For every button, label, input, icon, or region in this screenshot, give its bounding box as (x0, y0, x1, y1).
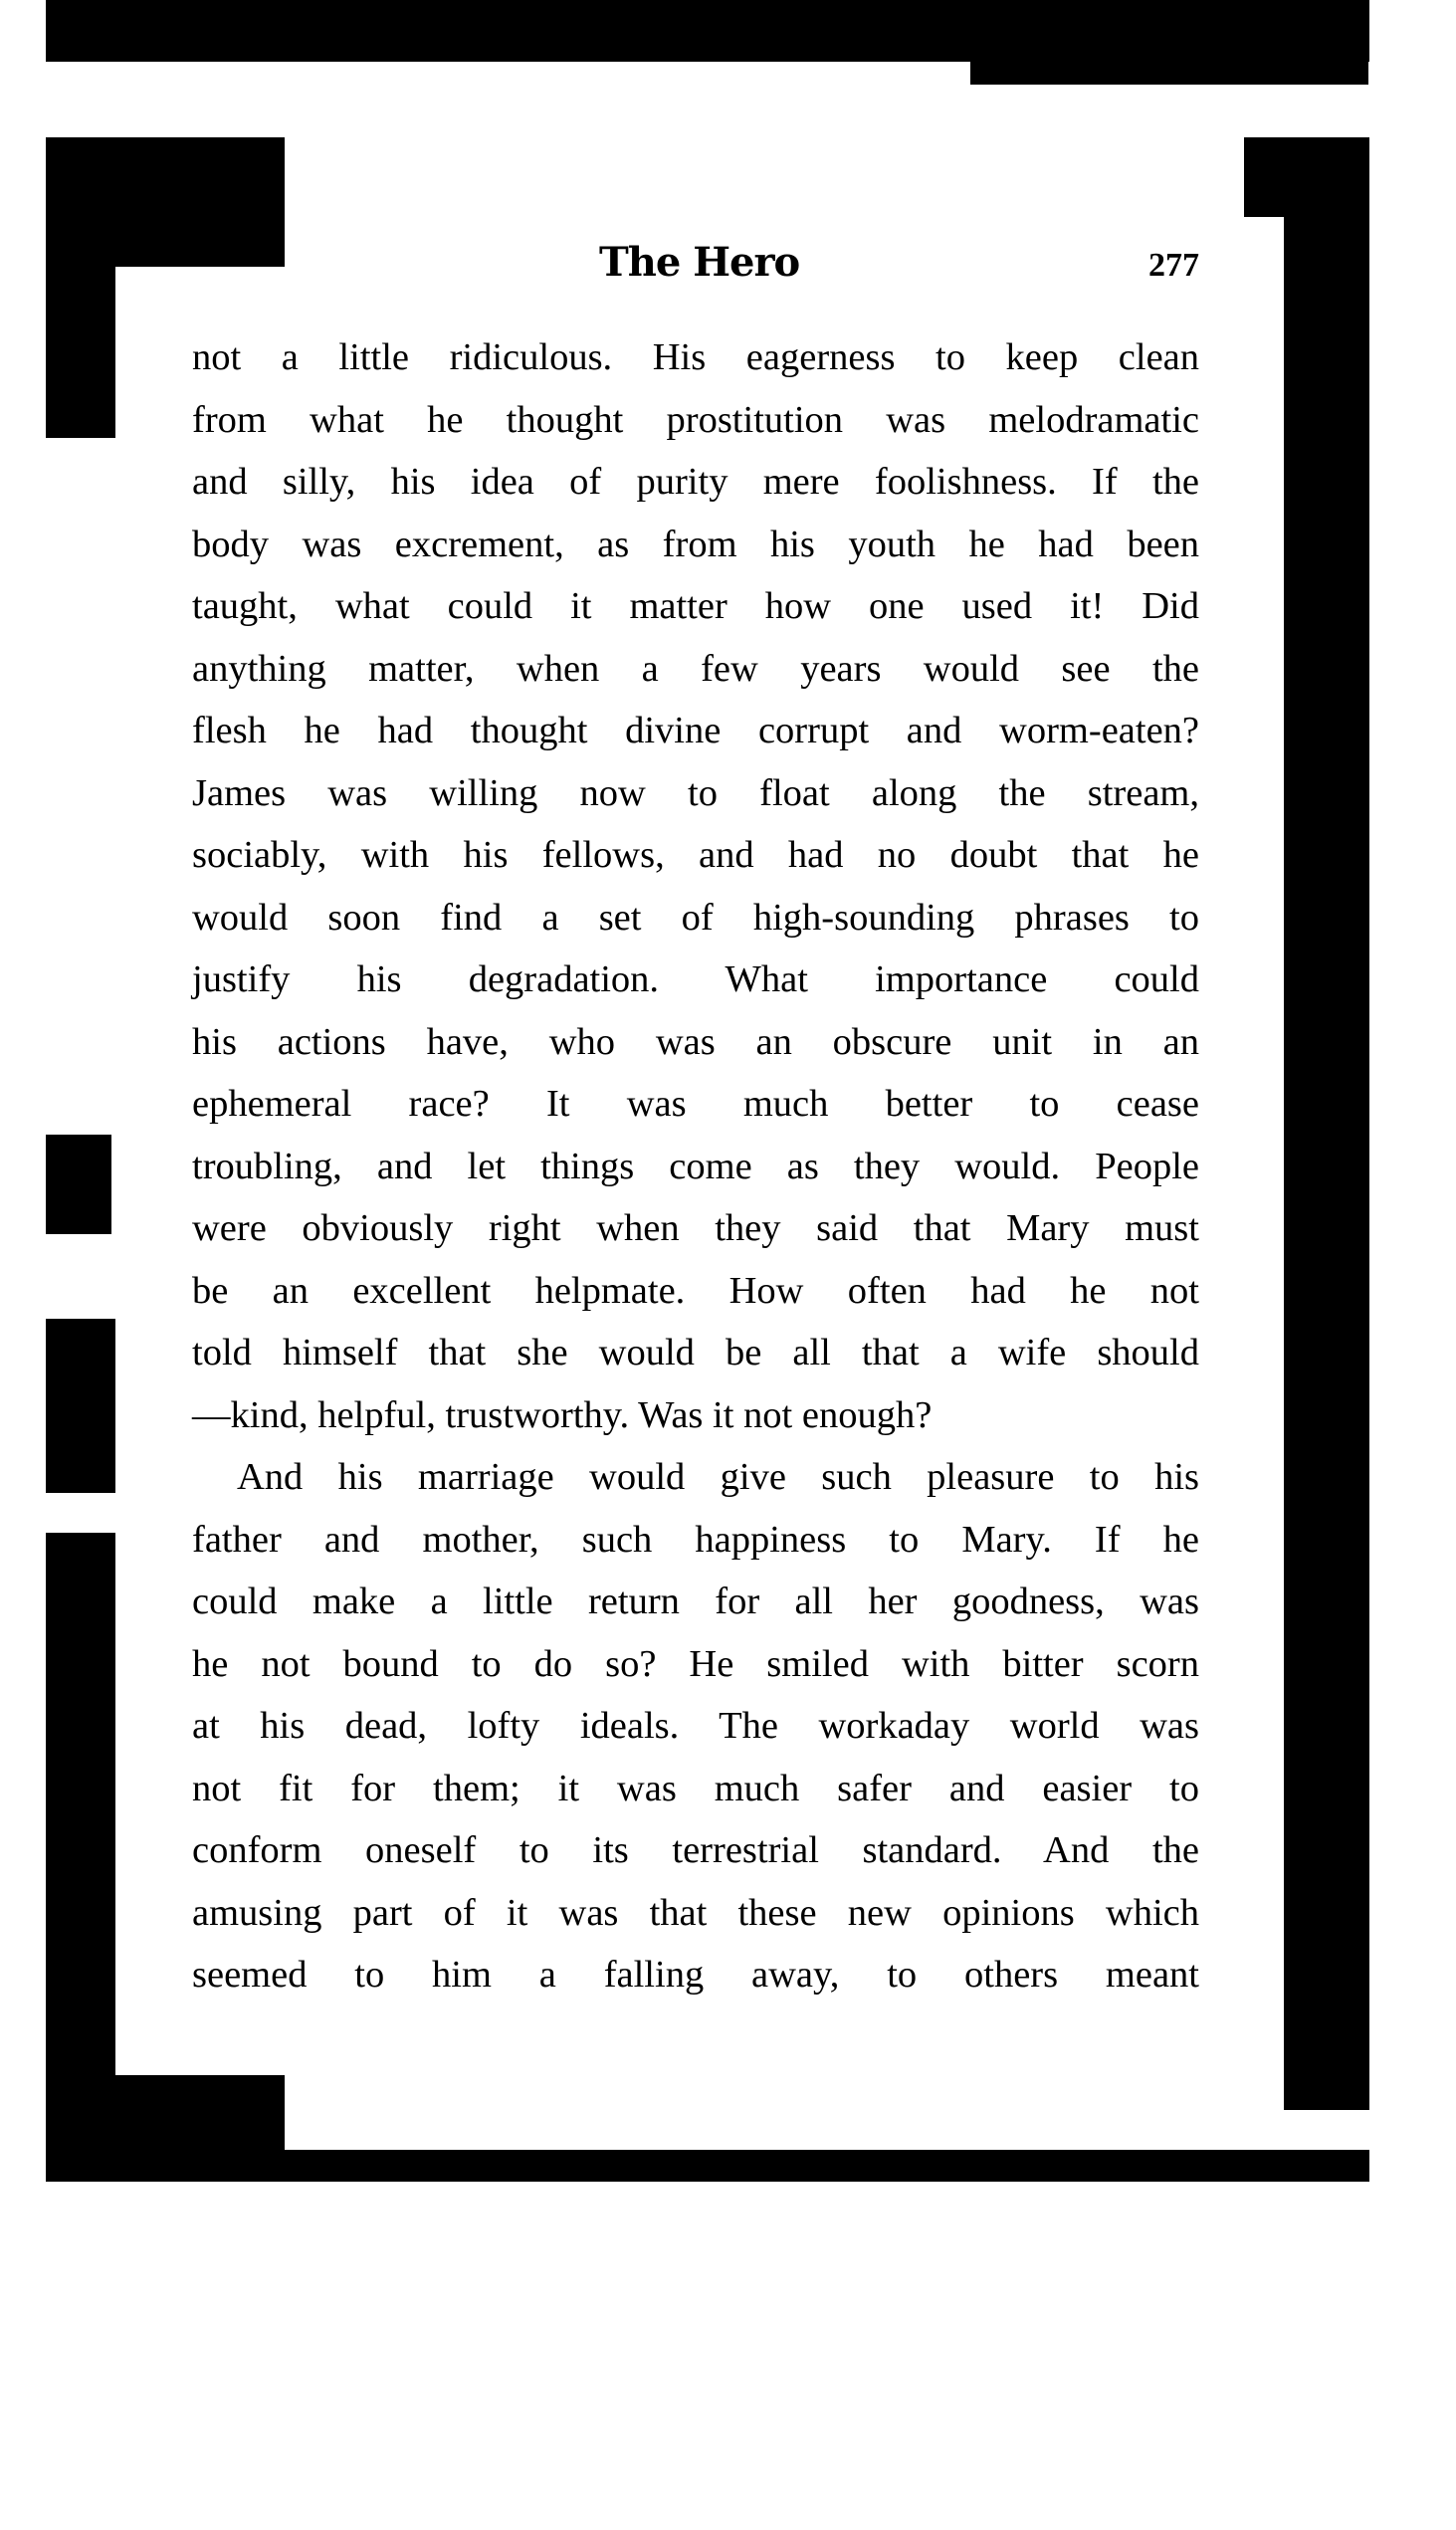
text-line: from what he thought prostitution was me… (192, 389, 1199, 452)
body-text: not a little ridiculous. His eagerness t… (192, 326, 1199, 2006)
text-line: seemed to him a falling away, to others … (192, 1944, 1199, 2006)
text-line: father and mother, such happiness to Mar… (192, 1509, 1199, 1572)
text-line: not a little ridiculous. His eagerness t… (192, 326, 1199, 389)
text-line: would soon find a set of high-sounding p… (192, 887, 1199, 949)
text-line: body was excrement, as from his youth he… (192, 514, 1199, 576)
text-line: be an excellent helpmate. How often had … (192, 1260, 1199, 1323)
text-line: justify his degradation. What importance… (192, 949, 1199, 1011)
scan-border-bottom (46, 2150, 1369, 2182)
text-line: flesh he had thought divine corrupt and … (192, 700, 1199, 762)
scan-border-top-right (970, 0, 1368, 85)
text-line: amusing part of it was that these new op… (192, 1882, 1199, 1945)
scan-border-right (1284, 199, 1369, 2110)
text-line: at his dead, lofty ideals. The workaday … (192, 1695, 1199, 1758)
text-line: were obviously right when they said that… (192, 1197, 1199, 1260)
text-line: could make a little return for all her g… (192, 1571, 1199, 1633)
text-line: he not bound to do so? He smiled with bi… (192, 1633, 1199, 1696)
scan-border-bottom-left (46, 2075, 285, 2160)
text-line: told himself that she would be all that … (192, 1322, 1199, 1384)
text-line: troubling, and let things come as they w… (192, 1136, 1199, 1198)
running-title: The Hero (599, 239, 799, 286)
page-header: The Hero 277 (189, 239, 1199, 299)
text-line: James was willing now to float along the… (192, 762, 1199, 825)
text-line: taught, what could it matter how one use… (192, 575, 1199, 638)
scan-border-left-mid2 (46, 1319, 115, 1493)
scan-border-left-mid1 (46, 1135, 111, 1234)
scan-border-left-lower (46, 1533, 115, 2090)
text-line: anything matter, when a few years would … (192, 638, 1199, 701)
page-number: 277 (1148, 247, 1199, 285)
text-line: ephemeral race? It was much better to ce… (192, 1073, 1199, 1136)
text-line: sociably, with his fellows, and had no d… (192, 824, 1199, 887)
scan-border-left-upper (46, 259, 115, 438)
text-line: And his marriage would give such pleasur… (192, 1446, 1199, 1509)
text-line: not fit for them; it was much safer and … (192, 1758, 1199, 1820)
text-line: and silly, his idea of purity mere fooli… (192, 451, 1199, 514)
text-line: —kind, helpful, trustworthy. Was it not … (192, 1384, 1199, 1447)
text-line: conform oneself to its terrestrial stand… (192, 1819, 1199, 1882)
text-line: his actions have, who was an obscure uni… (192, 1011, 1199, 1074)
